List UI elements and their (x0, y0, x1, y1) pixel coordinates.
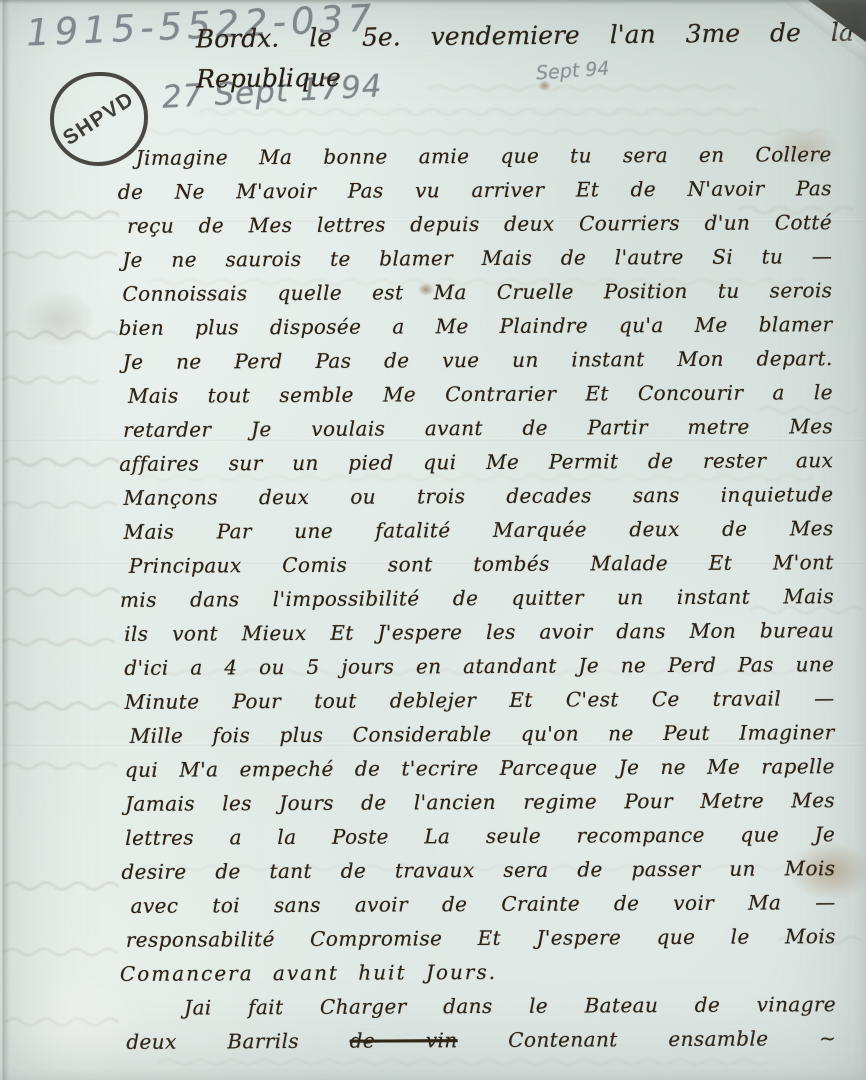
letter-dateline: Bordx. le 5e. vendemiere l'an 3me de la … (196, 13, 855, 100)
letter-line: Je ne Perd Pas de vue un instant Mon dep… (123, 341, 833, 379)
page-edge-top (0, 0, 866, 4)
letter-line: reçu de Mes lettres depuis deux Courrier… (127, 205, 832, 243)
letter-body: Jimagine Ma bonne amie que tu sera en Co… (122, 137, 837, 1059)
paper-blotch (22, 290, 96, 348)
letter-line: Jimagine Ma bonne amie que tu sera en Co… (122, 137, 832, 175)
letter-line: lettres a la Poste La seule recompance q… (125, 817, 835, 855)
line-segment: deux Barrils (126, 1029, 349, 1054)
manuscript-scan: { "doc": { "archival_number": "1915-5522… (0, 0, 866, 1080)
letter-line: Comancera avant huit Jours. (120, 953, 836, 991)
page-edge-left (0, 0, 9, 1080)
letter-line-with-strikethrough: deux Barrils de vin Contenant ensamble ~ (126, 1021, 836, 1059)
letter-line: de Ne M'avoir Pas vu arriver Et de N'avo… (118, 171, 832, 209)
letter-line: retarder Je voulais avant de Partir metr… (123, 409, 833, 447)
letter-line: qui M'a empeché de t'ecrire Parceque Je … (125, 749, 835, 787)
letter-line: Minute Pour tout deblejer Et C'est Ce tr… (124, 681, 834, 719)
letter-line: Jai fait Charger dans le Bateau de vinag… (126, 987, 836, 1025)
letter-line: ils vont Mieux Et J'espere les avoir dan… (124, 613, 834, 651)
letter-line: responsabilité Compromise Et J'espere qu… (126, 919, 836, 957)
letter-line: bien plus disposée a Me Plaindre qu'a Me… (118, 307, 832, 345)
letter-line: Mille fois plus Considerable qu'on ne Pe… (130, 715, 835, 753)
struck-out-words: de vin (350, 1028, 458, 1053)
line-segment: Contenant ensamble ~ (458, 1026, 837, 1052)
letter-line: Jamais les Jours de l'ancien regime Pour… (125, 783, 835, 821)
letter-line: Principaux Comis sont tombés Malade Et M… (129, 545, 834, 583)
letter-line: d'ici a 4 ou 5 jours en atandant Je ne P… (124, 647, 834, 685)
letter-line: Connoissais quelle est Ma Cruelle Positi… (122, 273, 832, 311)
letter-line: affaires sur un pied qui Me Permit de re… (119, 443, 833, 481)
letter-line: desire de tant de travaux sera de passer… (121, 851, 835, 889)
letter-lines: Jimagine Ma bonne amie que tu sera en Co… (122, 137, 836, 957)
letter-line: mis dans l'impossibilité de quitter un i… (120, 579, 834, 617)
letter-line: Mais Par une fatalité Marquée deux de Me… (124, 511, 834, 549)
letter-line: Mançons deux ou trois decades sans inqui… (123, 477, 833, 515)
letter-line: Mais tout semble Me Contrarier Et Concou… (128, 375, 833, 413)
letter-line: Je ne saurois te blamer Mais de l'autre … (122, 239, 832, 277)
letter-line: avec toi sans avoir de Crainte de voir M… (131, 885, 836, 923)
